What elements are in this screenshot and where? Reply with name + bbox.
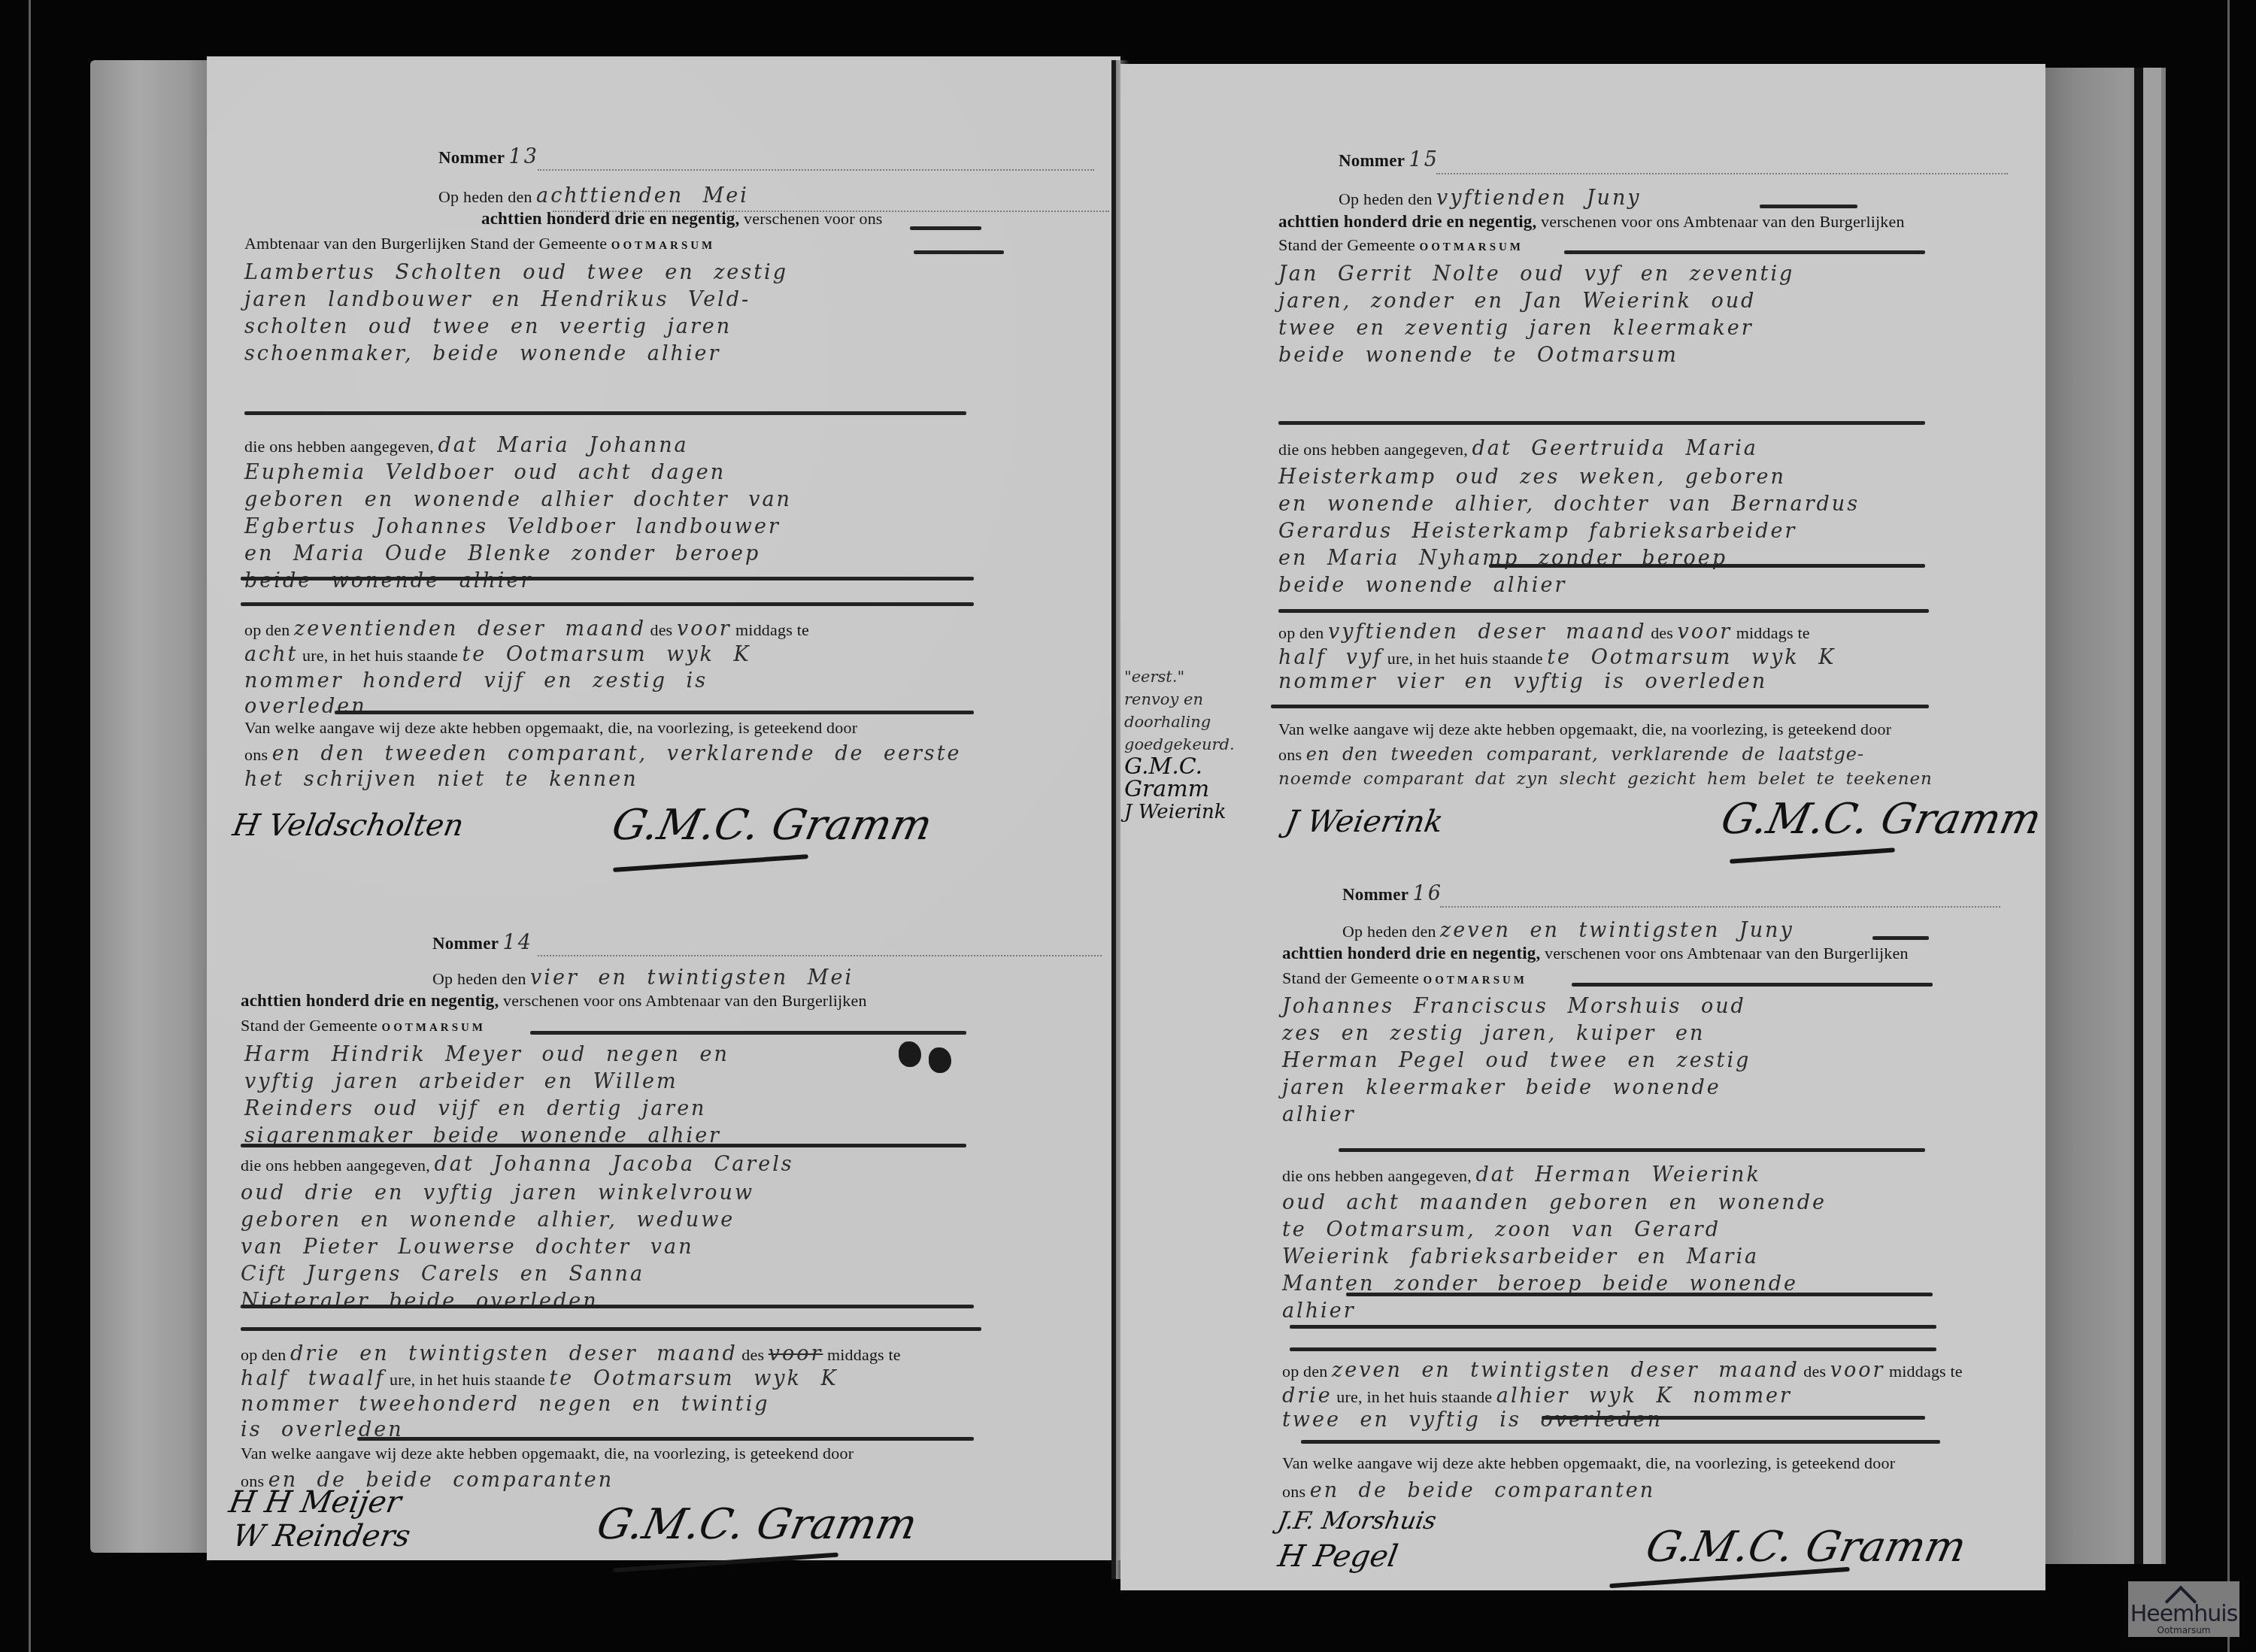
stand-text: Stand der Gemeente	[1282, 968, 1419, 987]
record-number: 15	[1409, 148, 1439, 171]
signing-text: en den tweeden comparant, verklarende de…	[1306, 744, 1865, 765]
record-date: vyftienden Juny	[1436, 186, 1641, 210]
date-label: Op heden den	[1342, 922, 1436, 941]
municipality-name: OOTMARSUM	[611, 240, 716, 252]
municipality-name: OOTMARSUM	[381, 1022, 486, 1034]
signature-registrar: G.M.C. Gramm	[1642, 1523, 1970, 1572]
nommer-label: Nommer	[1342, 885, 1408, 904]
death-location: te Ootmarsum wyk K	[550, 1367, 838, 1390]
comparants-text: Jan Gerrit Nolte oud vyf en zeventigjare…	[1278, 261, 1794, 369]
death-day: zeven en twintigsten deser maand	[1332, 1359, 1800, 1382]
signature-comparant-2: W Reinders	[230, 1519, 413, 1553]
closing-formula: Van welke aangave wij deze akte hebben o…	[1278, 720, 1891, 739]
verschenen-text: verschenen voor ons Ambtenaar van den Bu…	[503, 991, 867, 1010]
watermark-place: Ootmarsum	[2128, 1625, 2239, 1635]
date-label: Op heden den	[1339, 189, 1433, 208]
margin-signature-comparant: J Weierink	[1124, 801, 1290, 823]
signature-comparant: H Veldscholten	[230, 808, 466, 843]
declaration-text: dat Maria Johanna	[438, 434, 689, 457]
signature-registrar: G.M.C. Gramm	[1717, 795, 2045, 844]
death-hour: half twaalf	[241, 1367, 385, 1390]
signature-comparant-1: J.F. Morshuis	[1276, 1506, 1439, 1535]
middags-label: middags te	[827, 1345, 901, 1364]
signature-registrar: G.M.C. Gramm	[593, 1500, 921, 1549]
signing-text-continuation: noemde comparant dat zyn slecht gezicht …	[1278, 769, 1933, 789]
signature-registrar: G.M.C. Gramm	[608, 801, 936, 850]
register-page-left: Nommer 13 Op heden den achttienden Mei a…	[207, 56, 1120, 1560]
death-day: zeventienden deser maand	[294, 617, 646, 641]
ure-label: ure, in het huis staande	[302, 646, 458, 665]
film-edge-right	[2227, 0, 2230, 1652]
year-text: achttien honderd drie en negentig,	[481, 209, 740, 228]
death-hour: drie	[1282, 1384, 1333, 1408]
signature-comparant: J Weierink	[1283, 805, 1446, 839]
date-label: Op heden den	[432, 969, 526, 988]
stand-text: Stand der Gemeente	[241, 1016, 378, 1035]
year-text: achttien honderd drie en negentig,	[1282, 944, 1541, 962]
watermark-name: Heemhuis	[2128, 1601, 2239, 1627]
death-hour: half vyf	[1278, 646, 1383, 669]
death-location-continuation: twee en vyftig is overleden	[1282, 1408, 1663, 1432]
ure-label: ure, in het huis staande	[1387, 649, 1543, 668]
record-number: 16	[1413, 882, 1443, 905]
voor-na: voor	[1678, 620, 1733, 644]
declaration-text: dat Geertruida Maria	[1472, 437, 1758, 460]
death-day: drie en twintigsten deser maand	[290, 1342, 738, 1366]
signing-text-continuation: het schrijven niet te kennen	[244, 768, 638, 791]
record-number: 13	[509, 145, 539, 168]
margin-annotation: "eerst." renvoy en doorhaling goedgekeur…	[1124, 665, 1290, 823]
ure-label: ure, in het huis staande	[1336, 1387, 1492, 1406]
date-label: Op heden den	[438, 187, 532, 206]
film-edge-left	[29, 0, 31, 1652]
stand-text: Stand der Gemeente	[1278, 235, 1415, 254]
register-page-right: Nommer 15 Op heden den vyftienden Juny a…	[1120, 64, 2045, 1590]
declaration-text: dat Herman Weierink	[1476, 1163, 1761, 1187]
death-location: alhier wyk K nommer	[1496, 1384, 1792, 1408]
verschenen-text: verschenen voor ons Ambtenaar van den Bu…	[1541, 212, 1905, 231]
op-den-label: op den	[241, 1345, 286, 1364]
ons-label: ons	[244, 745, 268, 764]
nommer-label: Nommer	[1339, 151, 1405, 170]
voor-na: voor	[769, 1342, 823, 1366]
nommer-label: Nommer	[432, 934, 499, 953]
ons-label: ons	[1282, 1482, 1305, 1501]
comparants-text: Lambertus Scholten oud twee en zestigjar…	[244, 259, 788, 368]
des-label: des	[1651, 623, 1673, 642]
ambtenaar-text: Ambtenaar van den Burgerlijken Stand der…	[244, 234, 607, 253]
year-text: achttien honderd drie en negentig,	[241, 991, 499, 1010]
comparants-text: Johannes Franciscus Morshuis oudzes en z…	[1282, 993, 1751, 1129]
closing-formula: Van welke aangave wij deze akte hebben o…	[244, 718, 857, 738]
middags-label: middags te	[735, 620, 809, 639]
record-number: 14	[503, 931, 533, 954]
declaration-continuation: oud acht maanden geboren en wonendete Oo…	[1282, 1190, 1827, 1325]
record-date: achttienden Mei	[536, 184, 749, 208]
des-label: des	[741, 1345, 764, 1364]
declaration-continuation: Heisterkamp oud zes weken, geborenen won…	[1278, 464, 1860, 599]
comparants-text: Harm Hindrik Meyer oud negen envyftig ja…	[244, 1041, 729, 1150]
aangegeven-label: die ons hebben aangegeven,	[244, 437, 434, 456]
voor-na: voor	[677, 617, 732, 641]
death-hour: acht	[244, 643, 298, 666]
closing-formula: Van welke aangave wij deze akte hebben o…	[1282, 1453, 1895, 1473]
margin-signature-registrar: G.M.C. Gramm	[1124, 756, 1290, 801]
declaration-text: dat Johanna Jacoba Carels	[435, 1153, 794, 1176]
signature-comparant-1: H H Meijer	[226, 1485, 404, 1520]
aangegeven-label: die ons hebben aangegeven,	[1282, 1166, 1472, 1185]
op-den-label: op den	[1278, 623, 1324, 642]
op-den-label: op den	[1282, 1362, 1327, 1381]
op-den-label: op den	[244, 620, 290, 639]
ure-label: ure, in het huis staande	[390, 1370, 545, 1389]
record-date: vier en twintigsten Mei	[530, 966, 854, 990]
nommer-label: Nommer	[438, 148, 505, 167]
signing-text: en den tweeden comparant, verklarende de…	[272, 742, 962, 765]
declaration-continuation: oud drie en vyftig jaren winkelvrouwgebo…	[241, 1180, 754, 1315]
death-location: te Ootmarsum wyk K	[1547, 646, 1836, 669]
signature-comparant-2: H Pegel	[1275, 1539, 1401, 1574]
signing-text: en de beide comparanten	[1310, 1479, 1656, 1502]
death-location: te Ootmarsum wyk K	[462, 643, 751, 666]
verschenen-text: verschenen voor ons	[744, 209, 883, 228]
declaration-continuation: Euphemia Veldboer oud acht dagengeboren …	[244, 459, 792, 595]
death-location-continuation: nommer vier en vyftig is overleden	[1278, 670, 1767, 693]
des-label: des	[1803, 1362, 1826, 1381]
heemhuis-watermark: Heemhuis Ootmarsum	[2128, 1581, 2239, 1637]
middags-label: middags te	[1889, 1362, 1963, 1381]
death-day: vyftienden deser maand	[1328, 620, 1647, 644]
record-date: zeven en twintigsten Juny	[1440, 919, 1794, 942]
middags-label: middags te	[1736, 623, 1810, 642]
year-text: achttien honderd drie en negentig,	[1278, 212, 1537, 231]
voor-na: voor	[1830, 1359, 1885, 1382]
municipality-name: OOTMARSUM	[1419, 241, 1524, 253]
aangegeven-label: die ons hebben aangegeven,	[241, 1156, 430, 1175]
des-label: des	[650, 620, 672, 639]
page-stack-right	[2038, 68, 2166, 1564]
page-stack-left	[90, 60, 211, 1553]
death-location-continuation: nommer tweehonderd negen en twintigis ov…	[241, 1392, 770, 1443]
closing-formula: Van welke aangave wij deze akte hebben o…	[241, 1444, 854, 1463]
aangegeven-label: die ons hebben aangegeven,	[1278, 440, 1468, 459]
verschenen-text: verschenen voor ons Ambtenaar van den Bu…	[1545, 944, 1909, 962]
municipality-name: OOTMARSUM	[1423, 975, 1527, 987]
